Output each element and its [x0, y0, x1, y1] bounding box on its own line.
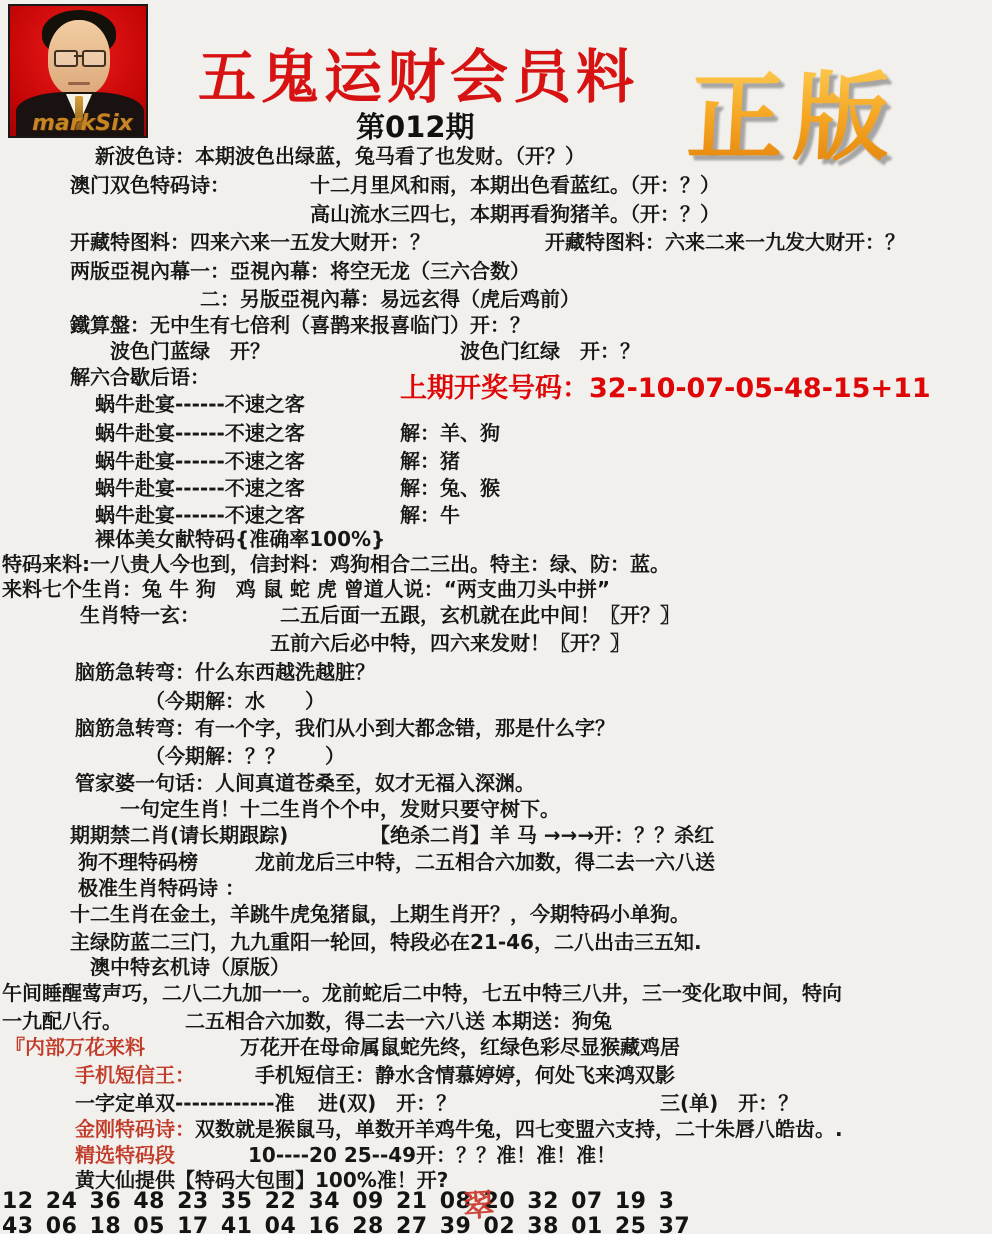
- text-segment: 蜗牛赴宴------不速之客: [95, 472, 305, 501]
- text-line: 来料七个生肖：兔 牛 狗 鸡 鼠 蛇 虎 曾道人说：“两支曲刀头中拼”: [0, 573, 992, 600]
- text-segment: 波色门蓝绿 开？: [110, 335, 270, 364]
- text-segment: 十二生肖在金土，羊跳牛虎兔猪鼠，上期生肖开？，今期特码小单狗。: [70, 898, 690, 927]
- text-line: 脑筋急转弯：有一个字，我们从小到大都念错，那是什么字？: [0, 712, 992, 739]
- text-segment: 波色门红绿 开：？: [460, 335, 640, 364]
- text-segment: 手机短信王：静水含情慕婷婷，何处飞来鸿双影: [255, 1059, 675, 1088]
- text-segment: 龙前龙后三中特，二五相合六加数，得二去一六八送: [255, 846, 715, 875]
- text-segment: 高山流水三四七，本期再看狗猪羊。（开：？）: [310, 198, 720, 227]
- text-segment: 极准生肖特码诗 ：: [78, 872, 245, 901]
- text-segment: 一九配八行。: [2, 1005, 122, 1034]
- text-segment: 脑筋急转弯：什么东西越洗越脏？: [75, 656, 375, 685]
- portrait-photo: markSix: [8, 4, 148, 138]
- text-line: 午间睡醒莺声巧，二八二九加一一。龙前蛇后二中特，七五中特三八井，三一变化取中间，…: [0, 977, 992, 1004]
- text-segment: 开藏特图料：六来二来一九发大财开：？: [545, 226, 905, 255]
- text-line: 一字定单双------------准进(双) 开：？三(单) 开：？: [0, 1087, 992, 1114]
- text-line: 『内部万花来料万花开在母命属鼠蛇先终，红绿色彩尽显猴藏鸡居: [0, 1031, 992, 1058]
- text-segment: （今期解：？？ ）: [145, 740, 345, 769]
- text-line: 澳中特玄机诗（原版）: [0, 951, 992, 978]
- text-segment: 进(双) 开：？: [318, 1087, 456, 1116]
- text-segment: 新波色诗：本期波色出绿蓝，兔马看了也发财。（开？）: [95, 140, 585, 169]
- glasses-right-lens: [82, 50, 106, 67]
- text-line: 精选特码段10----20 25--49开：？？准！准！准！: [0, 1139, 992, 1166]
- text-line: 手机短信王：手机短信王：静水含情慕婷婷，何处飞来鸿双影: [0, 1059, 992, 1086]
- page-root: markSix 五鬼运财会员料 第012期 正版 新波色诗：本期波色出绿蓝，兔马…: [0, 0, 992, 1234]
- text-segment: 鐵算盤：无中生有七倍利（喜鹊来报喜临门）开：？: [70, 309, 530, 338]
- text-segment: 十二月里风和雨，本期出色看蓝红。（开：？）: [310, 169, 720, 198]
- text-segment: 解：羊、狗: [400, 417, 500, 446]
- portrait-mouth: [68, 82, 90, 85]
- text-segment: 午间睡醒莺声巧，二八二九加一一。龙前蛇后二中特，七五中特三八井，三一变化取中间，…: [2, 977, 842, 1006]
- text-segment: 两版亞視內幕一：亞視內幕：将空无龙（三六合数）: [70, 255, 530, 284]
- text-segment: 管家婆一句话：人间真道苍桑至，奴才无福入深渊。: [75, 767, 535, 796]
- text-segment: 来料七个生肖：兔 牛 狗 鸡 鼠 蛇 虎 曾道人说：“两支曲刀头中拼”: [2, 573, 610, 602]
- text-segment: 蜗牛赴宴------不速之客: [95, 388, 305, 417]
- text-segment: 开藏特图料：四来六来一五发大财开：？: [70, 226, 430, 255]
- text-line: 蜗牛赴宴------不速之客: [0, 388, 992, 415]
- text-segment: 期期禁二肖(请长期跟踪): [70, 819, 288, 848]
- text-line: 澳门双色特码诗：十二月里风和雨，本期出色看蓝红。（开：？）: [0, 169, 992, 196]
- text-line: 两版亞視內幕一：亞視內幕：将空无龙（三六合数）: [0, 255, 992, 282]
- text-line: （今期解：？？ ）: [0, 740, 992, 767]
- text-segment: 双数就是猴鼠马，单数开羊鸡牛兔，四七变盟六支持，二十朱唇八皓齿。.: [195, 1113, 843, 1142]
- text-line: （今期解：水 ）: [0, 685, 992, 712]
- text-line: 特码来料:一八贵人今也到，信封料：鸡狗相合二三出。特主：绿、防：蓝。: [0, 548, 992, 575]
- text-segment: 二：另版亞視內幕：易远玄得（虎后鸡前）: [200, 283, 580, 312]
- section-label-jingang: 金刚特码诗：: [75, 1113, 195, 1142]
- section-label-sms-king: 手机短信王：: [75, 1059, 195, 1088]
- text-line: 二：另版亞視內幕：易远玄得（虎后鸡前）: [0, 283, 992, 310]
- text-line: 生肖特一玄：二五后面一五跟，玄机就在此中间！〖开？〗: [0, 599, 992, 626]
- text-line: 十二生肖在金土，羊跳牛虎兔猪鼠，上期生肖开？，今期特码小单狗。: [0, 898, 992, 925]
- text-line: 一九配八行。二五相合六加数，得二去一六八送 本期送：狗兔: [0, 1005, 992, 1032]
- lottery-numbers-row-2: 43 06 18 05 17 41 04 16 28 27 39 02 38 0…: [2, 1214, 690, 1234]
- page-title: 五鬼运财会员料: [198, 30, 639, 114]
- text-segment: 万花开在母命属鼠蛇先终，红绿色彩尽显猴藏鸡居: [240, 1031, 680, 1060]
- text-line: 翠: [0, 1180, 992, 1207]
- text-segment: 【绝杀二肖】羊 马 →→→开：？？杀红: [370, 819, 714, 848]
- text-line: 脑筋急转弯：什么东西越洗越脏？: [0, 656, 992, 683]
- text-line: 蜗牛赴宴------不速之客解：牛: [0, 499, 992, 526]
- text-segment: 二五后面一五跟，玄机就在此中间！〖开？〗: [280, 599, 680, 628]
- text-line: 开藏特图料：四来六来一五发大财开：？开藏特图料：六来二来一九发大财开：？: [0, 226, 992, 253]
- text-line: 蜗牛赴宴------不速之客解：羊、狗: [0, 417, 992, 444]
- photo-watermark-text: markSix: [32, 111, 133, 136]
- text-segment: 脑筋急转弯：有一个字，我们从小到大都念错，那是什么字？: [75, 712, 615, 741]
- text-segment: 蜗牛赴宴------不速之客: [95, 445, 305, 474]
- text-line: 狗不理特码榜龙前龙后三中特，二五相合六加数，得二去一六八送: [0, 846, 992, 873]
- text-segment: 一句定生肖！十二生肖个个中，发财只要守树下。: [120, 793, 560, 822]
- text-segment: 解：兔、猴: [400, 472, 500, 501]
- text-segment: 澳门双色特码诗：: [70, 169, 230, 198]
- text-segment: 蜗牛赴宴------不速之客: [95, 417, 305, 446]
- text-segment: 三(单) 开：？: [660, 1087, 798, 1116]
- text-line: 新波色诗：本期波色出绿蓝，兔马看了也发财。（开？）: [0, 140, 992, 167]
- text-line: 蜗牛赴宴------不速之客解：猪: [0, 445, 992, 472]
- text-line: 管家婆一句话：人间真道苍桑至，奴才无福入深渊。: [0, 767, 992, 794]
- text-line: 极准生肖特码诗 ：: [0, 872, 992, 899]
- text-segment: （今期解：水 ）: [145, 685, 325, 714]
- text-segment: 澳中特玄机诗（原版）: [90, 951, 290, 980]
- text-line: 43 06 18 05 17 41 04 16 28 27 39 02 38 0…: [0, 1214, 992, 1234]
- text-line: 鐵算盤：无中生有七倍利（喜鹊来报喜临门）开：？: [0, 309, 992, 336]
- text-segment: 狗不理特码榜: [78, 846, 198, 875]
- text-segment: 二五相合六加数，得二去一六八送 本期送：狗兔: [185, 1005, 612, 1034]
- text-line: 高山流水三四七，本期再看狗猪羊。（开：？）: [0, 198, 992, 225]
- glasses-bridge: [74, 55, 83, 57]
- text-segment: 五前六后必中特，四六来发财！〖开？〗: [270, 627, 630, 656]
- text-line: 裸体美女献特码{准确率100%}: [0, 523, 992, 550]
- glasses-left-lens: [54, 50, 78, 67]
- text-segment: 生肖特一玄：: [80, 599, 200, 628]
- text-line: 期期禁二肖(请长期跟踪)【绝杀二肖】羊 马 →→→开：？？杀红: [0, 819, 992, 846]
- text-line: 蜗牛赴宴------不速之客解：兔、猴: [0, 472, 992, 499]
- text-segment: 一字定单双------------准: [75, 1087, 295, 1116]
- text-line: 波色门蓝绿 开？波色门红绿 开：？: [0, 335, 992, 362]
- text-line: 一句定生肖！十二生肖个个中，发财只要守树下。: [0, 793, 992, 820]
- text-line: 五前六后必中特，四六来发财！〖开？〗: [0, 627, 992, 654]
- text-line: 金刚特码诗：双数就是猴鼠马，单数开羊鸡牛兔，四七变盟六支持，二十朱唇八皓齿。.: [0, 1113, 992, 1140]
- text-line: 主绿防蓝二三门，九九重阳一轮回，特段必在21-46，二八出击三五知.: [0, 926, 992, 953]
- text-segment: 解：猪: [400, 445, 460, 474]
- section-label-neibu-wanhua: 『内部万花来料: [5, 1031, 145, 1060]
